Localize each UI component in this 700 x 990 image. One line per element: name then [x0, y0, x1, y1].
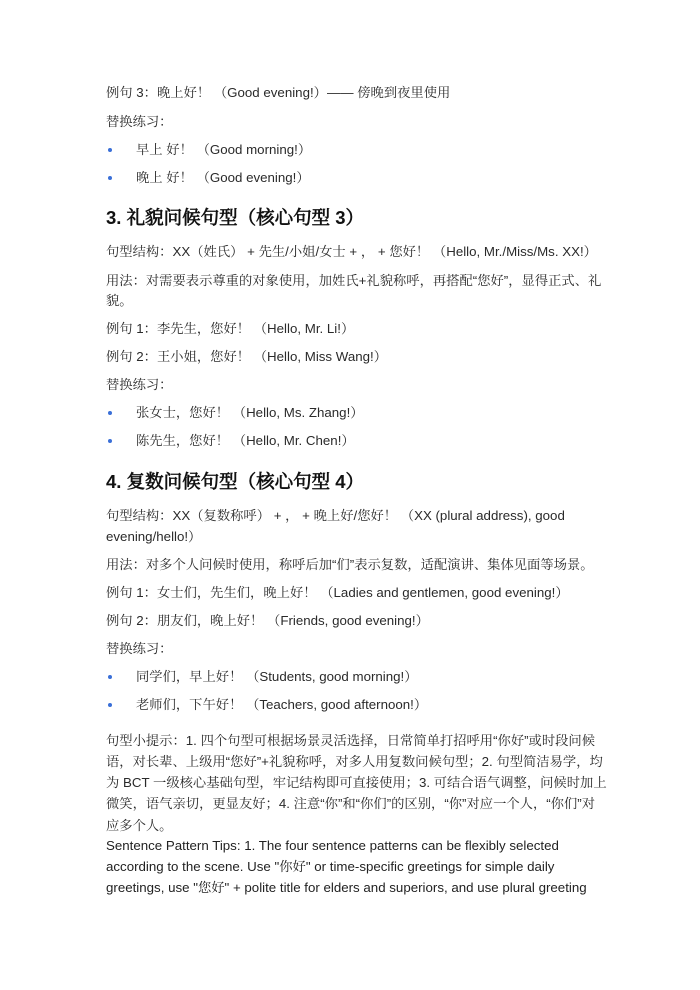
section-4-heading: 4. 复数问候句型（核心句型 4） — [106, 470, 364, 494]
bullet-icon — [108, 148, 112, 152]
bullet-icon — [108, 411, 112, 415]
practice-label: 替换练习： — [106, 640, 172, 658]
bullet-icon — [108, 703, 112, 707]
document-page: 例句 3：晚上好！ （Good evening!）—— 傍晚到夜里使用 替换练习… — [0, 0, 700, 990]
tips-en-line: Sentence Pattern Tips: 1. The four sente… — [106, 837, 559, 855]
section-3-structure: 句型结构：XX（姓氏） + 先生/小姐/女士 + ， + 您好！ （Hello,… — [106, 243, 597, 261]
tips-cn-line: 应多个人。 — [106, 817, 172, 835]
section-4-structure-cont: evening/hello!） — [106, 528, 201, 546]
tips-cn-line: 句型小提示：1. 四个句型可根据场景灵活选择，日常简单打招呼用“你好”或时段问候 — [106, 732, 595, 750]
section-4-example-2: 例句 2：朋友们，晚上好！ （Friends, good evening!） — [106, 612, 429, 630]
section-3-example-2: 例句 2：王小姐，您好！ （Hello, Miss Wang!） — [106, 348, 387, 366]
section-4-example-1: 例句 1：女士们，先生们，晚上好！ （Ladies and gentlemen,… — [106, 584, 569, 602]
tips-en-line: greetings, use "您好" + polite title for e… — [106, 879, 587, 897]
tips-cn-line: 为 BCT 一级核心基础句型，牢记结构即可直接使用；3. 可结合语气调整，问候时… — [106, 774, 607, 792]
practice-label: 替换练习： — [106, 113, 172, 131]
section-3-usage-cont: 貌。 — [106, 292, 133, 310]
practice-label: 替换练习： — [106, 376, 172, 394]
section-3-heading: 3. 礼貌问候句型（核心句型 3） — [106, 206, 364, 230]
tips-cn-line: 微笑，语气亲切，更显友好；4. 注意“你”和“你们”的区别，“你”对应一个人，“… — [106, 795, 595, 813]
section-4-usage: 用法：对多个人问候时使用，称呼后加“们”表示复数，适配演讲、集体见面等场景。 — [106, 556, 594, 574]
example-3: 例句 3：晚上好！ （Good evening!）—— 傍晚到夜里使用 — [106, 84, 450, 102]
tips-en-line: according to the scene. Use "你好" or time… — [106, 858, 554, 876]
tips-cn-line: 语，对长辈、上级用“您好”+礼貌称呼，对多人用复数问候句型；2. 句型简洁易学，… — [106, 753, 603, 771]
section-4-structure: 句型结构：XX（复数称呼） + ， + 晚上好/您好！ （XX (plural … — [106, 507, 565, 525]
bullet-icon — [108, 439, 112, 443]
section-3-usage: 用法：对需要表示尊重的对象使用，加姓氏+礼貌称呼，再搭配“您好”，显得正式、礼 — [106, 272, 601, 290]
section-3-example-1: 例句 1：李先生，您好！ （Hello, Mr. Li!） — [106, 320, 354, 338]
bullet-icon — [108, 176, 112, 180]
bullet-icon — [108, 675, 112, 679]
